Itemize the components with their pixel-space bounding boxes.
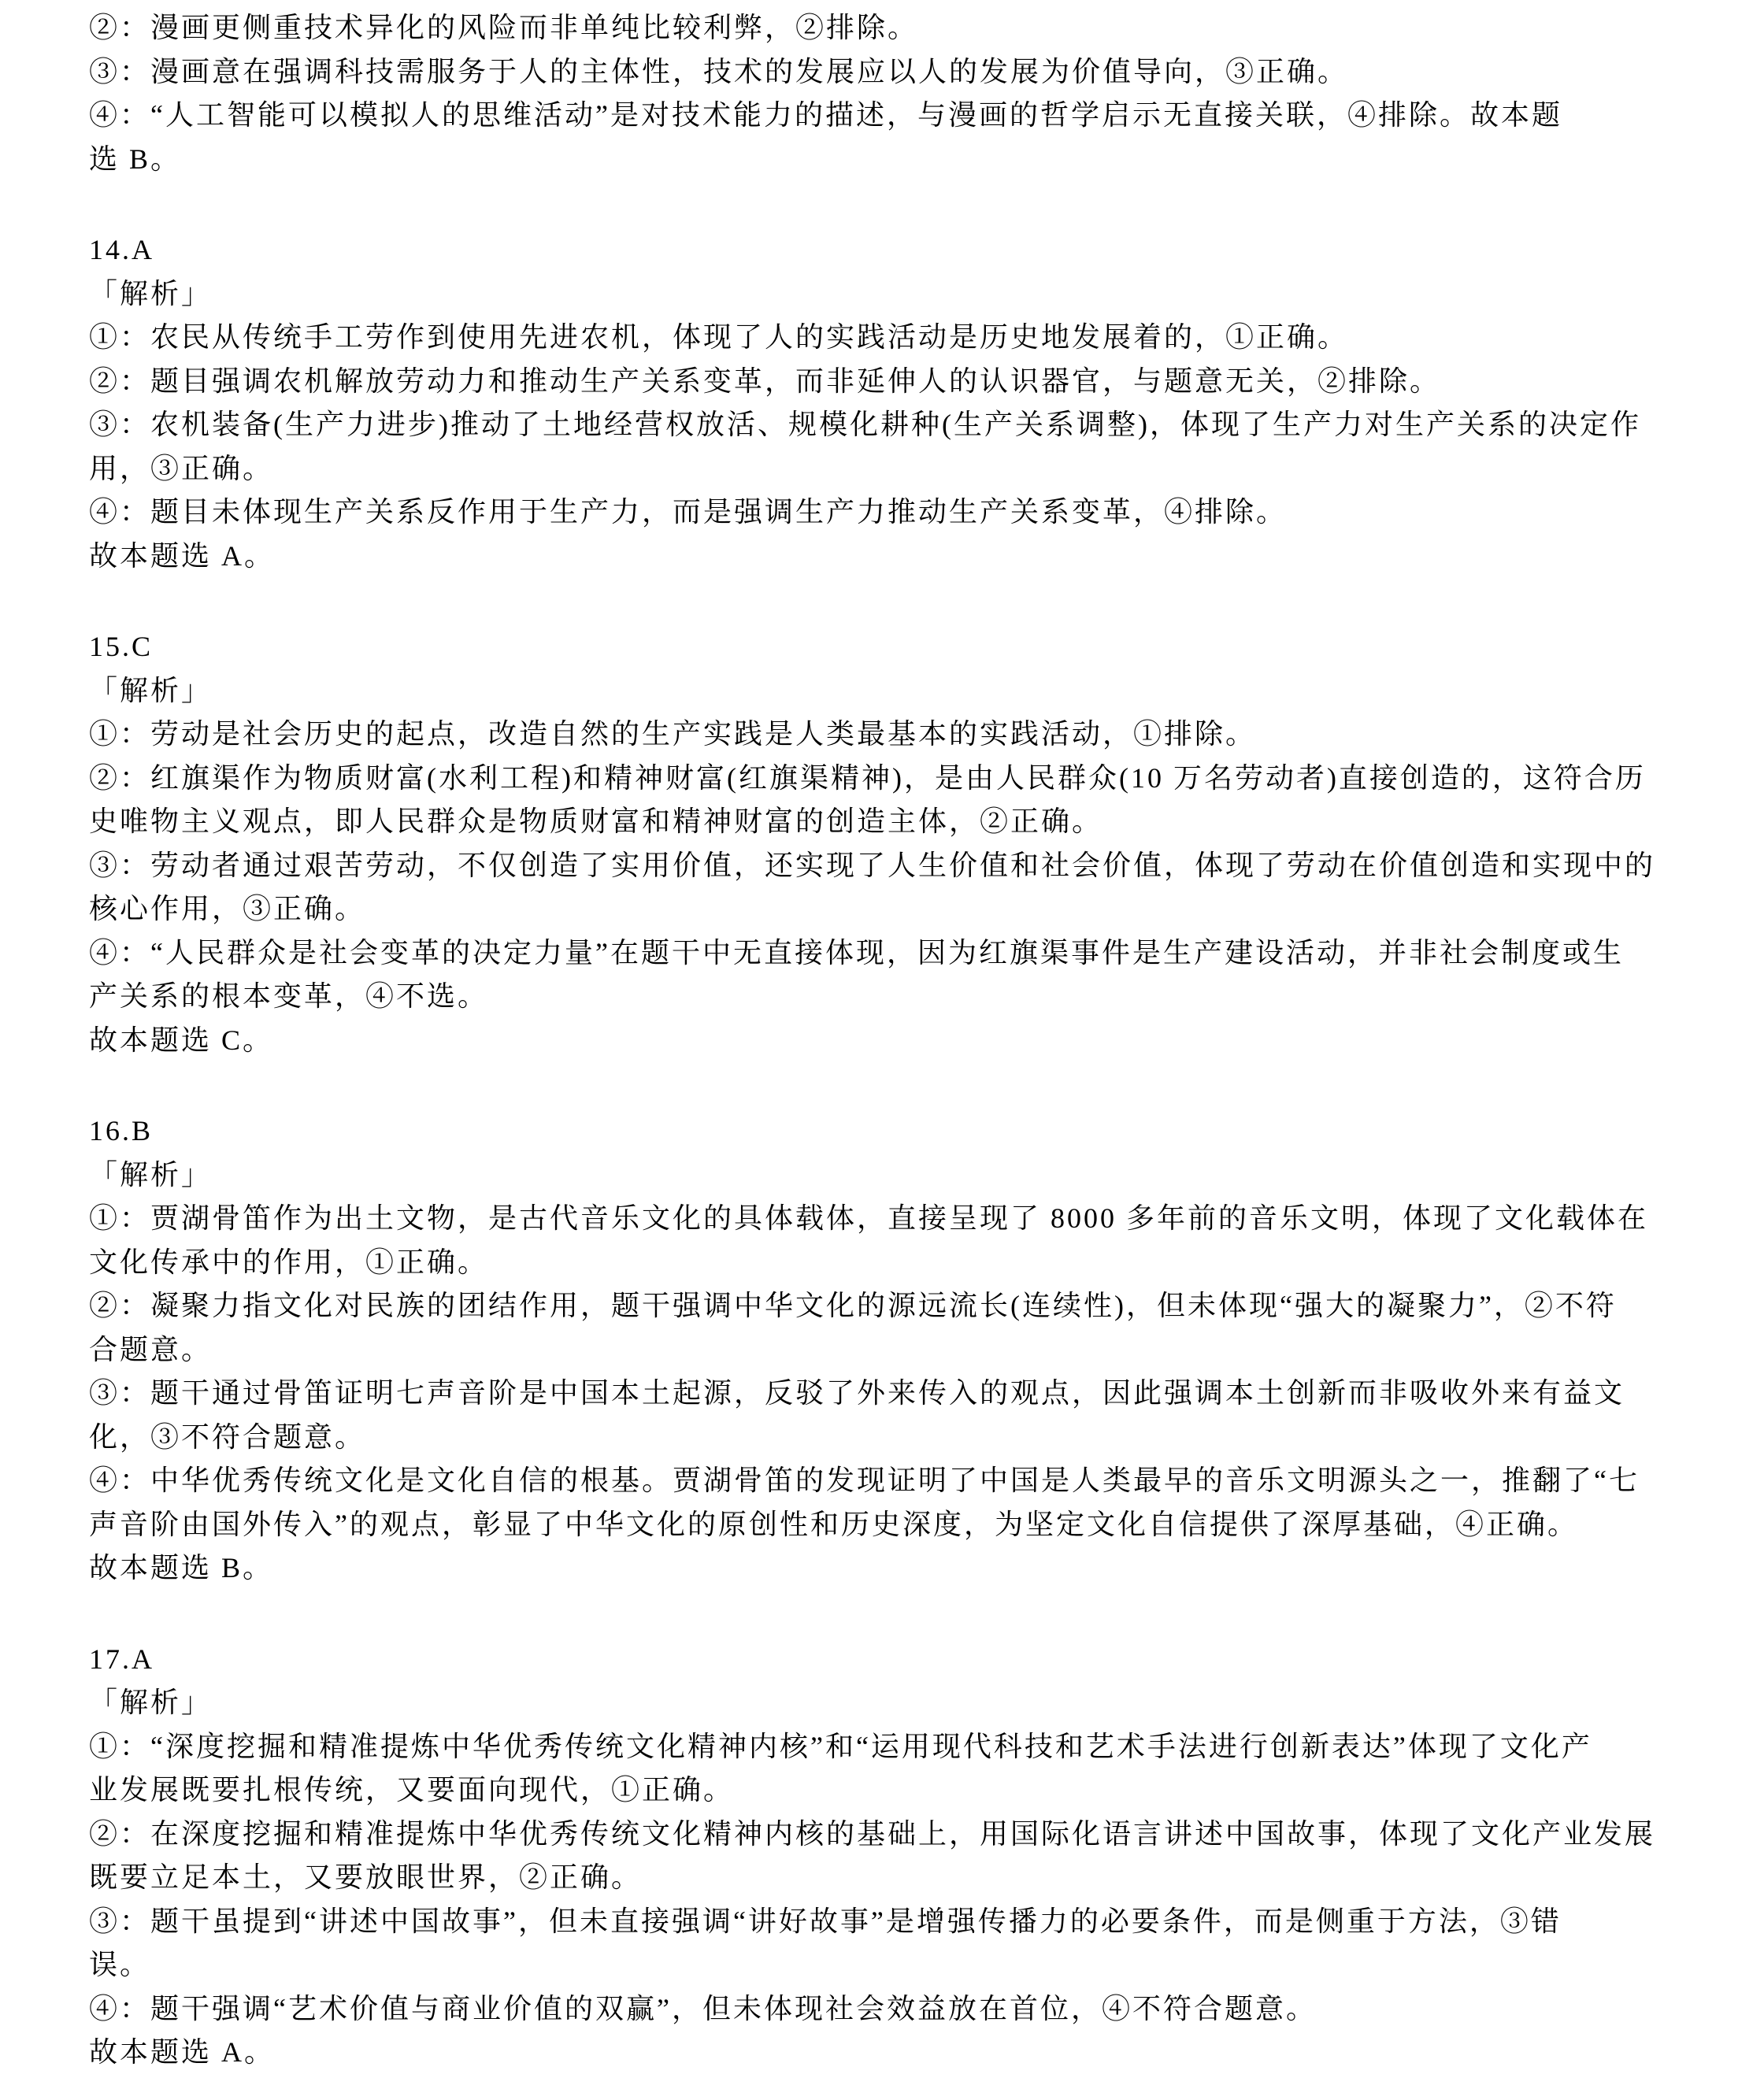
text-line: ②：凝聚力指文化对民族的团结作用，题干强调中华文化的源远流长(连续性)，但未体现… bbox=[89, 1284, 1685, 1328]
text-line: ④：中华优秀传统文化是文化自信的根基。贾湖骨笛的发现证明了中国是人类最早的音乐文… bbox=[89, 1459, 1685, 1503]
text-line: ④：“人民群众是社会变革的决定力量”在题干中无直接体现，因为红旗渠事件是生产建设… bbox=[89, 932, 1685, 976]
answer-heading: 14.A bbox=[89, 228, 1685, 272]
answer-heading: 17.A bbox=[89, 1638, 1685, 1682]
text-line: 选 B。 bbox=[89, 138, 1685, 182]
text-line: 用，③正确。 bbox=[89, 447, 1685, 491]
analysis-label: 「解析」 bbox=[89, 272, 1685, 317]
text-line: 文化传承中的作用，①正确。 bbox=[89, 1241, 1685, 1285]
text-line: ④：题干强调“艺术价值与商业价值的双赢”，但未体现社会效益放在首位，④不符合题意… bbox=[89, 1987, 1685, 2032]
text-line: ②：在深度挖掘和精准提炼中华优秀传统文化精神内核的基础上，用国际化语言讲述中国故… bbox=[89, 1813, 1685, 1857]
text-line: 合题意。 bbox=[89, 1328, 1685, 1372]
text-line: 故本题选 C。 bbox=[89, 1019, 1685, 1063]
analysis-lines: ②：漫画更侧重技术异化的风险而非单纯比较利弊，②排除。③：漫画意在强调科技需服务… bbox=[89, 6, 1685, 181]
answer-heading: 15.C bbox=[89, 625, 1685, 669]
answer-document-page: ②：漫画更侧重技术异化的风险而非单纯比较利弊，②排除。③：漫画意在强调科技需服务… bbox=[0, 0, 1764, 2089]
analysis-label: 「解析」 bbox=[89, 1681, 1685, 1725]
question-17-answer: 17.A 「解析」 ①：“深度挖掘和精准提炼中华优秀传统文化精神内核”和“运用现… bbox=[89, 1638, 1685, 2075]
text-line: ③：漫画意在强调科技需服务于人的主体性，技术的发展应以人的发展为价值导向，③正确… bbox=[89, 50, 1685, 94]
analysis-lines: ①：贾湖骨笛作为出土文物，是古代音乐文化的具体载体，直接呈现了 8000 多年前… bbox=[89, 1197, 1685, 1591]
text-line: ①：贾湖骨笛作为出土文物，是古代音乐文化的具体载体，直接呈现了 8000 多年前… bbox=[89, 1197, 1685, 1241]
analysis-label: 「解析」 bbox=[89, 669, 1685, 713]
text-line: 故本题选 A。 bbox=[89, 2031, 1685, 2075]
answer-heading: 16.B bbox=[89, 1109, 1685, 1154]
analysis-lines: ①：农民从传统手工劳作到使用先进农机，体现了人的实践活动是历史地发展着的，①正确… bbox=[89, 316, 1685, 578]
text-line: ④：“人工智能可以模拟人的思维活动”是对技术能力的描述，与漫画的哲学启示无直接关… bbox=[89, 94, 1685, 138]
text-line: 故本题选 B。 bbox=[89, 1546, 1685, 1591]
text-line: 既要立足本土，又要放眼世界，②正确。 bbox=[89, 1856, 1685, 1900]
analysis-lines: ①：劳动是社会历史的起点，改造自然的生产实践是人类最基本的实践活动，①排除。②：… bbox=[89, 713, 1685, 1062]
question-14-answer: 14.A 「解析」 ①：农民从传统手工劳作到使用先进农机，体现了人的实践活动是历… bbox=[89, 228, 1685, 578]
analysis-lines: ①：“深度挖掘和精准提炼中华优秀传统文化精神内核”和“运用现代科技和艺术手法进行… bbox=[89, 1725, 1685, 2075]
text-line: ④：题目未体现生产关系反作用于生产力，而是强调生产力推动生产关系变革，④排除。 bbox=[89, 491, 1685, 535]
text-line: 化，③不符合题意。 bbox=[89, 1416, 1685, 1460]
text-line: 故本题选 A。 bbox=[89, 535, 1685, 579]
question-13-analysis-tail: ②：漫画更侧重技术异化的风险而非单纯比较利弊，②排除。③：漫画意在强调科技需服务… bbox=[89, 6, 1685, 181]
text-line: 核心作用，③正确。 bbox=[89, 887, 1685, 932]
question-15-answer: 15.C 「解析」 ①：劳动是社会历史的起点，改造自然的生产实践是人类最基本的实… bbox=[89, 625, 1685, 1062]
text-line: 声音阶由国外传入”的观点，彰显了中华文化的原创性和历史深度，为坚定文化自信提供了… bbox=[89, 1503, 1685, 1547]
text-line: 业发展既要扎根传统，又要面向现代，①正确。 bbox=[89, 1769, 1685, 1813]
text-line: ②：漫画更侧重技术异化的风险而非单纯比较利弊，②排除。 bbox=[89, 6, 1685, 50]
text-line: ③：农机装备(生产力进步)推动了土地经营权放活、规模化耕种(生产关系调整)，体现… bbox=[89, 403, 1685, 447]
text-line: ③：题干通过骨笛证明七声音阶是中国本土起源，反驳了外来传入的观点，因此强调本土创… bbox=[89, 1372, 1685, 1416]
text-line: ②：题目强调农机解放劳动力和推动生产关系变革，而非延伸人的认识器官，与题意无关，… bbox=[89, 360, 1685, 404]
text-line: ③：劳动者通过艰苦劳动，不仅创造了实用价值，还实现了人生价值和社会价值，体现了劳… bbox=[89, 844, 1685, 888]
text-line: 误。 bbox=[89, 1943, 1685, 1987]
text-line: 产关系的根本变革，④不选。 bbox=[89, 975, 1685, 1019]
text-line: ②：红旗渠作为物质财富(水利工程)和精神财富(红旗渠精神)，是由人民群众(10 … bbox=[89, 757, 1685, 801]
text-line: ①：农民从传统手工劳作到使用先进农机，体现了人的实践活动是历史地发展着的，①正确… bbox=[89, 316, 1685, 360]
text-line: ①：“深度挖掘和精准提炼中华优秀传统文化精神内核”和“运用现代科技和艺术手法进行… bbox=[89, 1725, 1685, 1769]
question-16-answer: 16.B 「解析」 ①：贾湖骨笛作为出土文物，是古代音乐文化的具体载体，直接呈现… bbox=[89, 1109, 1685, 1591]
text-line: 史唯物主义观点，即人民群众是物质财富和精神财富的创造主体，②正确。 bbox=[89, 800, 1685, 844]
analysis-label: 「解析」 bbox=[89, 1154, 1685, 1198]
text-line: ③：题干虽提到“讲述中国故事”，但未直接强调“讲好故事”是增强传播力的必要条件，… bbox=[89, 1900, 1685, 1944]
text-line: ①：劳动是社会历史的起点，改造自然的生产实践是人类最基本的实践活动，①排除。 bbox=[89, 713, 1685, 757]
